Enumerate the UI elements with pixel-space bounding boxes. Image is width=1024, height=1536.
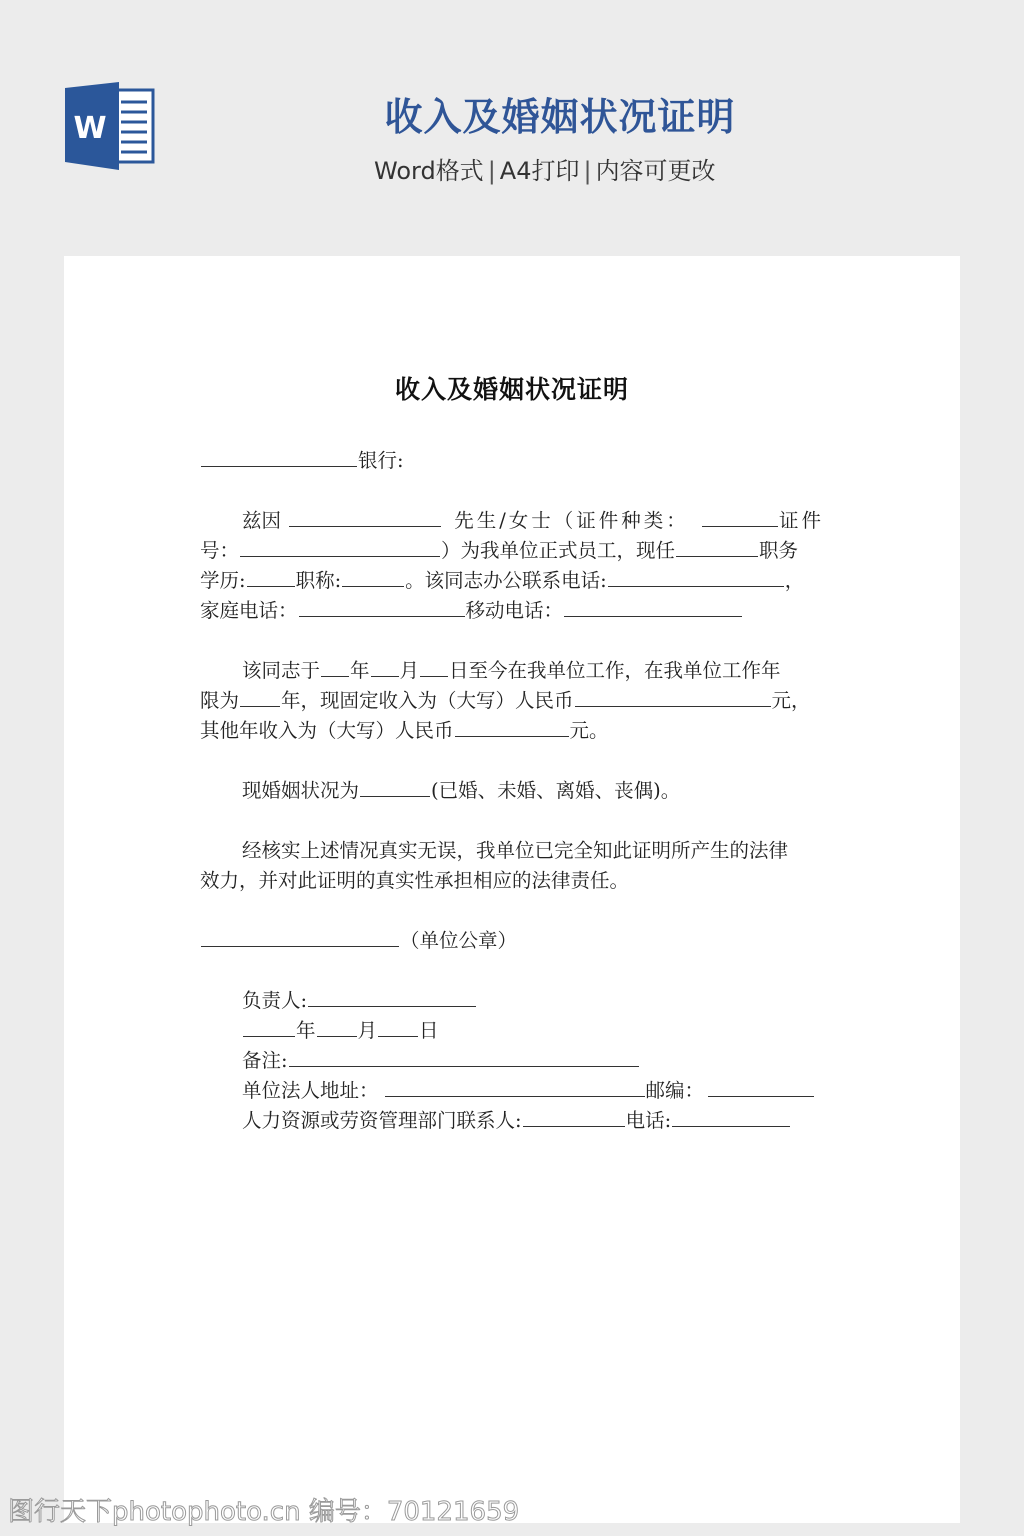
company-name-blank[interactable] <box>201 928 399 947</box>
seal-label: （单位公章） <box>400 929 517 952</box>
office-phone-blank[interactable] <box>608 568 784 587</box>
text: 负责人: <box>242 989 307 1012</box>
p2-line1: 该同志于年月日至今在我单位工作，在我单位工作年 <box>200 656 824 686</box>
sign-day-blank[interactable] <box>378 1018 418 1037</box>
position-blank[interactable] <box>676 538 758 557</box>
header-subtitle: Word格式|A4打印|内容可更改 <box>330 154 874 188</box>
address-blank[interactable] <box>385 1078 645 1097</box>
header-title: 收入及婚姻状况证明 <box>330 94 790 140</box>
document-page: 收入及婚姻状况证明 银行: 兹因 先生/女士（证件种类： 证件 号：）为我单位正… <box>64 256 960 1523</box>
start-day-blank[interactable] <box>420 658 448 677</box>
start-month-blank[interactable] <box>371 658 399 677</box>
postcode-blank[interactable] <box>708 1078 814 1097</box>
text: 邮编： <box>646 1079 705 1102</box>
p1-line4: 家庭电话：移动电话： <box>200 596 824 626</box>
p4-line2: 效力，并对此证明的真实性承担相应的法律责任。 <box>200 866 824 896</box>
years-worked-blank[interactable] <box>240 688 280 707</box>
hr-phone-blank[interactable] <box>672 1108 790 1127</box>
text: 电话: <box>626 1109 672 1132</box>
date-line: 年月日 <box>200 1016 824 1046</box>
text: 限为 <box>200 689 239 712</box>
text: 人力资源或劳资管理部门联系人: <box>242 1109 522 1132</box>
text: 学历: <box>200 569 246 592</box>
text: 单位法人地址： <box>242 1079 379 1102</box>
subtitle-print: A4打印 <box>500 157 580 185</box>
title-blank[interactable] <box>342 568 404 587</box>
p1-line1: 兹因 先生/女士（证件种类： 证件 <box>200 506 824 536</box>
addressee-line: 银行: <box>200 446 824 476</box>
mobile-phone-blank[interactable] <box>564 598 742 617</box>
responsible-line: 负责人: <box>200 986 824 1016</box>
marital-status-line: 现婚姻状况为(已婚、未婚、离婚、丧偶)。 <box>200 776 824 806</box>
text: 。该同志办公联系电话: <box>405 569 607 592</box>
separator: | <box>583 157 591 185</box>
p1-line3: 学历:职称:。该同志办公联系电话:， <box>200 566 824 596</box>
text: 元。 <box>570 719 609 742</box>
remarks-blank[interactable] <box>289 1048 639 1067</box>
start-year-blank[interactable] <box>321 658 349 677</box>
text: 年 <box>296 1019 316 1042</box>
subtitle-format: Word格式 <box>374 157 484 185</box>
text: 移动电话： <box>466 599 564 622</box>
address-line: 单位法人地址：邮编： <box>200 1076 824 1106</box>
text: 号： <box>200 539 239 562</box>
text: 月 <box>400 659 420 682</box>
id-type-blank[interactable] <box>702 508 778 527</box>
fixed-income-blank[interactable] <box>575 688 771 707</box>
bank-name-blank[interactable] <box>201 448 357 467</box>
text: 日至今在我单位工作，在我单位工作年 <box>449 659 781 682</box>
sign-year-blank[interactable] <box>243 1018 295 1037</box>
separator: | <box>488 157 496 185</box>
text: ）为我单位正式员工，现任 <box>441 539 675 562</box>
text: 兹因 <box>242 509 281 532</box>
text: 证件 <box>779 509 824 532</box>
text: 日 <box>419 1019 439 1042</box>
text: 先生/女士（证件种类： <box>454 506 689 536</box>
sign-month-blank[interactable] <box>317 1018 357 1037</box>
id-number-blank[interactable] <box>240 538 440 557</box>
watermark: 图行天下photophoto.cn 编号：70121659 <box>8 1491 519 1528</box>
p4-line1: 经核实上述情况真实无误，我单位已完全知此证明所产生的法律 <box>200 836 824 866</box>
responsible-blank[interactable] <box>308 988 476 1007</box>
text: 年，现固定收入为（大写）人民币 <box>281 689 574 712</box>
text: 家庭电话： <box>200 599 298 622</box>
text: 元， <box>772 689 811 712</box>
text: 职务 <box>759 539 798 562</box>
document-body: 银行: 兹因 先生/女士（证件种类： 证件 号：）为我单位正式员工，现任职务 学… <box>200 446 824 1136</box>
home-phone-blank[interactable] <box>299 598 465 617</box>
p2-line2: 限为年，现固定收入为（大写）人民币元， <box>200 686 824 716</box>
addressee-suffix: 银行: <box>358 449 404 472</box>
other-income-blank[interactable] <box>455 718 569 737</box>
text: 该同志于 <box>242 659 320 682</box>
text: 月 <box>358 1019 378 1042</box>
remarks-line: 备注: <box>200 1046 824 1076</box>
p1-line2: 号：）为我单位正式员工，现任职务 <box>200 536 824 566</box>
hr-contact-blank[interactable] <box>523 1108 625 1127</box>
text: 现婚姻状况为 <box>242 779 359 802</box>
hr-contact-line: 人力资源或劳资管理部门联系人:电话: <box>200 1106 824 1136</box>
text: 年 <box>350 659 370 682</box>
marital-status-blank[interactable] <box>360 778 430 797</box>
document-title: 收入及婚姻状况证明 <box>64 370 960 406</box>
employee-name-blank[interactable] <box>289 508 441 527</box>
text: (已婚、未婚、离婚、丧偶)。 <box>431 779 680 802</box>
word-doc-icon: W <box>65 82 157 170</box>
svg-text:W: W <box>73 111 106 146</box>
text: ， <box>785 569 805 592</box>
text: 备注: <box>242 1049 288 1072</box>
text: 其他年收入为（大写）人民币 <box>200 719 454 742</box>
education-blank[interactable] <box>247 568 295 587</box>
subtitle-editable: 内容可更改 <box>596 157 716 185</box>
text: 职称: <box>296 569 342 592</box>
seal-line: （单位公章） <box>200 926 824 956</box>
p2-line3: 其他年收入为（大写）人民币元。 <box>200 716 824 746</box>
